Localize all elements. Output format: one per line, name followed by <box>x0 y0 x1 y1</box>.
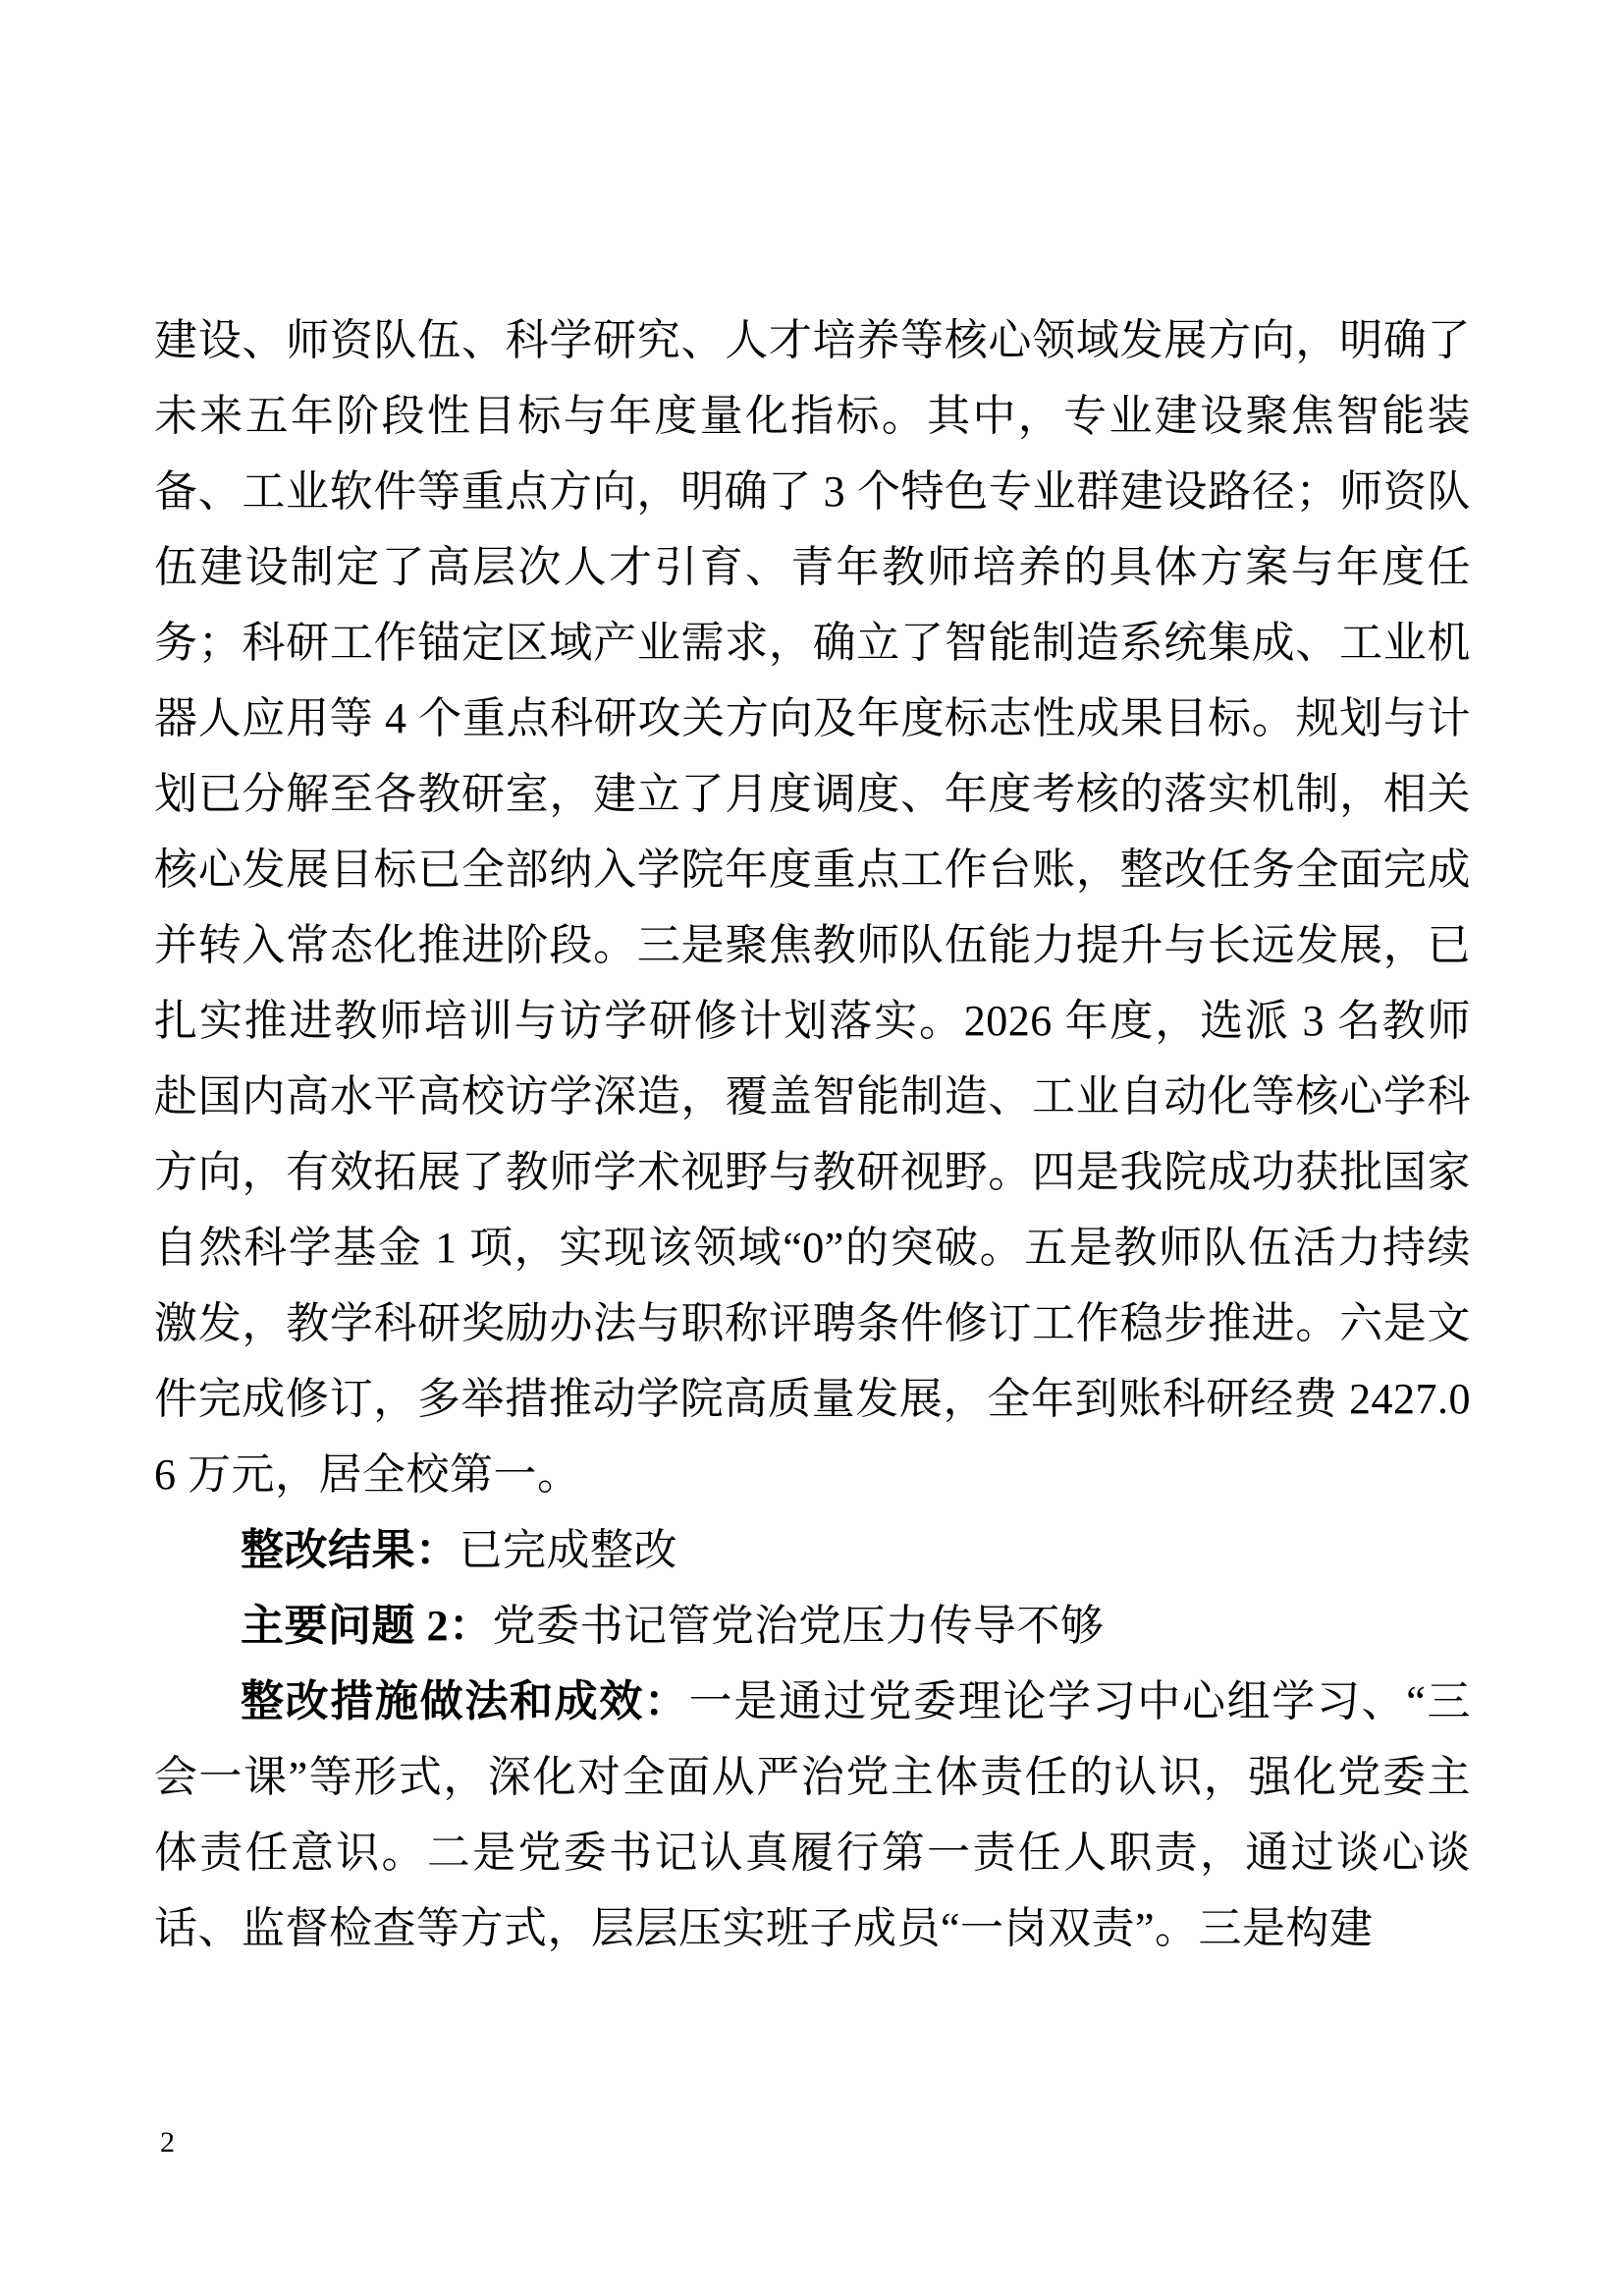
page-number: 2 <box>160 2121 175 2164</box>
main-problem-2-label: 主要问题 2： <box>241 1602 493 1650</box>
main-problem-2-text: 党委书记管党治党压力传导不够 <box>493 1602 1105 1650</box>
document-page: 建设、师资队伍、科学研究、人才培养等核心领域发展方向，明确了未来五年阶段性目标与… <box>0 0 1622 2296</box>
document-body: 建设、师资队伍、科学研究、人才培养等核心领域发展方向，明确了未来五年阶段性目标与… <box>154 302 1471 1966</box>
paragraph-continuation-text: 建设、师资队伍、科学研究、人才培养等核心领域发展方向，明确了未来五年阶段性目标与… <box>154 316 1471 1499</box>
rectification-result-line: 整改结果：已完成整改 <box>154 1512 1471 1588</box>
rectification-measures-label: 整改措施做法和成效： <box>241 1677 689 1725</box>
rectification-result-label: 整改结果： <box>241 1526 460 1574</box>
rectification-measures-paragraph: 整改措施做法和成效：一是通过党委理论学习中心组学习、“三会一课”等形式，深化对全… <box>154 1664 1471 1966</box>
rectification-result-text: 已完成整改 <box>460 1526 678 1574</box>
main-problem-2-line: 主要问题 2：党委书记管党治党压力传导不够 <box>154 1588 1471 1664</box>
paragraph-continuation: 建设、师资队伍、科学研究、人才培养等核心领域发展方向，明确了未来五年阶段性目标与… <box>154 302 1471 1512</box>
